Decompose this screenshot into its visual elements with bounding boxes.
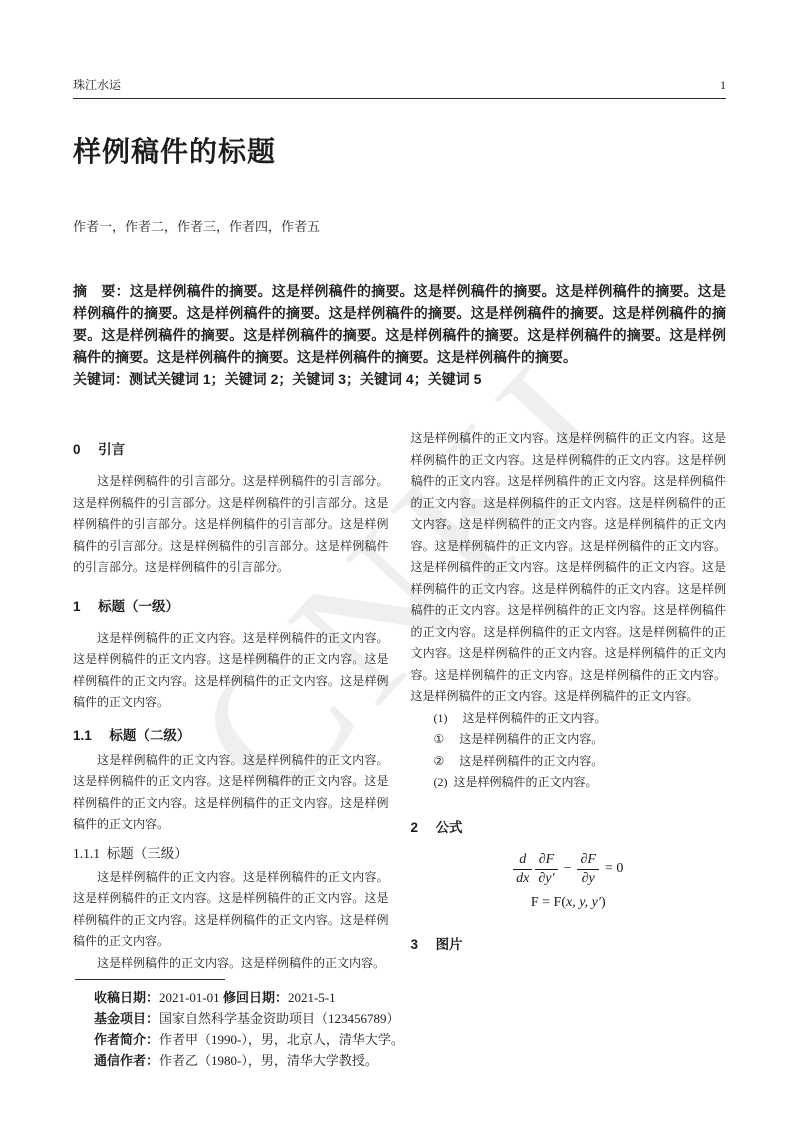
body-paragraph: 这是样例稿件的正文内容。这是样例稿件的正文内容。这是样例稿件的正文内容。这是样例… (73, 750, 389, 836)
list-item: ①这是样例稿件的正文内容。 (411, 729, 727, 751)
fraction: ∂F∂y′ (535, 852, 557, 887)
list-marker: (1) (434, 708, 448, 730)
footnote-text: 作者乙（1980-），男，清华大学教授。 (159, 1053, 378, 1068)
abstract-label: 摘 要： (73, 283, 130, 299)
heading-title: 标题（二级） (109, 728, 190, 743)
minus-operator: − (564, 861, 572, 876)
formula-eq1: ddx∂F∂y′−∂F∂y= 0 (411, 852, 727, 887)
heading-number: 3 (411, 937, 419, 952)
body-paragraph: 这是样例稿件的正文内容。这是样例稿件的正文内容。 (73, 953, 389, 975)
equation-close: ) (601, 895, 606, 910)
footnote-label: 基金项目： (94, 1011, 159, 1026)
heading-number: 1 (73, 599, 81, 614)
footnote-label: 收稿日期： (94, 990, 159, 1005)
abstract-block: 摘 要：这是样例稿件的摘要。这是样例稿件的摘要。这是样例稿件的摘要。这是样例稿件… (73, 280, 726, 390)
section-heading-1: 1标题（一级） (73, 595, 389, 615)
footnote-line: 基金项目：国家自然科学基金资助项目（123456789） (94, 1008, 726, 1029)
fraction-denominator: dx (513, 869, 532, 887)
list-item: (2)这是样例稿件的正文内容。 (411, 772, 727, 794)
footnote-block: 收稿日期：2021-01-01 修回日期：2021-5-1 基金项目：国家自然科… (73, 979, 726, 1071)
equation-lhs: F = F( (531, 895, 566, 910)
fraction-denominator: ∂y (577, 869, 598, 887)
list-marker: ② (434, 751, 445, 773)
author-list: 作者一，作者二，作者三，作者四，作者五 (73, 216, 726, 235)
footnote-text: 2021-01-01 (159, 990, 223, 1005)
list-item: (1)这是样例稿件的正文内容。 (411, 708, 727, 730)
heading-number: 1.1 (73, 728, 92, 743)
list-item: ②这是样例稿件的正文内容。 (411, 751, 727, 773)
footnote-label: 作者简介： (94, 1032, 159, 1047)
keywords-text: 测试关键词 1；关键词 2；关键词 3；关键词 4；关键词 5 (129, 371, 481, 387)
heading-number: 0 (73, 442, 81, 457)
formula-eq2: F = F(x, y, y′) (411, 895, 727, 911)
fraction-numerator: d (513, 852, 532, 869)
section-heading-1-1-1: 1.1.1标题（三级） (73, 842, 389, 862)
column-left: 0引言 这是样例稿件的引言部分。这是样例稿件的引言部分。这是样例稿件的引言部分。… (73, 428, 389, 974)
list-text: 这是样例稿件的正文内容。 (463, 711, 607, 725)
heading-title: 图片 (436, 937, 463, 952)
footnote-text: 2021-5-1 (288, 990, 336, 1005)
column-right: 这是样例稿件的正文内容。这是样例稿件的正文内容。这是样例稿件的正文内容。这是样例… (411, 428, 727, 974)
section-heading-intro: 0引言 (73, 438, 389, 458)
footnote-label: 通信作者： (94, 1053, 159, 1068)
equation-rhs: = 0 (605, 861, 623, 876)
body-paragraph-continued: 这是样例稿件的正文内容。这是样例稿件的正文内容。这是样例稿件的正文内容。这是样例… (411, 428, 727, 708)
two-column-body: 0引言 这是样例稿件的引言部分。这是样例稿件的引言部分。这是样例稿件的引言部分。… (73, 428, 726, 974)
footnote-line: 通信作者：作者乙（1980-），男，清华大学教授。 (94, 1050, 726, 1071)
heading-title: 标题（三级） (107, 846, 188, 861)
list-text: 这是样例稿件的正文内容。 (459, 732, 603, 746)
fraction: ddx (513, 852, 532, 887)
footnote-text: 国家自然科学基金资助项目（123456789） (159, 1011, 400, 1026)
paper-title: 样例稿件的标题 (73, 130, 726, 170)
fraction: ∂F∂y (577, 852, 598, 887)
keywords-label: 关键词： (73, 371, 129, 387)
footnote-divider (75, 979, 225, 980)
heading-title: 引言 (98, 442, 125, 457)
page-header: 珠江水运 1 (73, 76, 726, 99)
section-heading-image: 3图片 (411, 933, 727, 953)
heading-title: 公式 (436, 820, 463, 835)
intro-paragraph: 这是样例稿件的引言部分。这是样例稿件的引言部分。这是样例稿件的引言部分。这是样例… (73, 471, 389, 579)
equation-variables: x, y, y′ (566, 895, 601, 910)
heading-number: 1.1.1 (73, 846, 100, 862)
fraction-denominator: ∂y′ (535, 869, 557, 887)
list-text: 这是样例稿件的正文内容。 (459, 754, 603, 768)
keywords-paragraph: 关键词：测试关键词 1；关键词 2；关键词 3；关键词 4；关键词 5 (73, 368, 726, 390)
footnote-label: 修回日期： (223, 990, 288, 1005)
section-heading-formula: 2公式 (411, 816, 727, 836)
heading-title: 标题（一级） (98, 599, 179, 614)
footnote-text: 作者甲（1990-），男，北京人，清华大学。 (159, 1032, 404, 1047)
body-paragraph: 这是样例稿件的正文内容。这是样例稿件的正文内容。这是样例稿件的正文内容。这是样例… (73, 867, 389, 953)
section-heading-1-1: 1.1标题（二级） (73, 724, 389, 744)
list-marker: (2) (434, 772, 448, 794)
body-paragraph: 这是样例稿件的正文内容。这是样例稿件的正文内容。这是样例稿件的正文内容。这是样例… (73, 628, 389, 714)
list-marker: ① (434, 729, 445, 751)
document-page: CNKI 珠江水运 1 样例稿件的标题 作者一，作者二，作者三，作者四，作者五 … (0, 0, 794, 1123)
heading-number: 2 (411, 820, 419, 835)
list-text: 这是样例稿件的正文内容。 (454, 775, 598, 789)
footnote-line: 作者简介：作者甲（1990-），男，北京人，清华大学。 (94, 1029, 726, 1050)
abstract-text: 这是样例稿件的摘要。这是样例稿件的摘要。这是样例稿件的摘要。这是样例稿件的摘要。… (73, 283, 726, 365)
fraction-numerator: ∂F (577, 852, 598, 869)
fraction-numerator: ∂F (535, 852, 557, 869)
page-number: 1 (720, 78, 726, 93)
journal-name: 珠江水运 (73, 76, 121, 93)
footnote-line: 收稿日期：2021-01-01 修回日期：2021-5-1 (94, 987, 726, 1008)
abstract-paragraph: 摘 要：这是样例稿件的摘要。这是样例稿件的摘要。这是样例稿件的摘要。这是样例稿件… (73, 280, 726, 368)
